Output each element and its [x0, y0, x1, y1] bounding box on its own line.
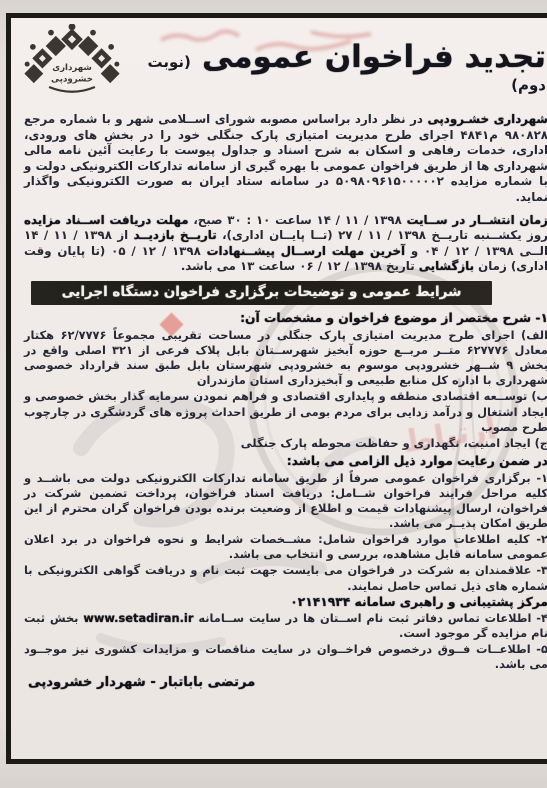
- intro-paragraph: شهرداری خشـرودپی در نظر دارد براساس مصوب…: [24, 112, 547, 206]
- mandatory-note: در ضمن رعایت موارد ذیل الزامی می باشد:: [24, 454, 547, 469]
- conditions-banner: شرایط عمومی و توضیحات برگزاری فراخوان دس…: [31, 281, 492, 305]
- condition-1: ۱- برگزاری فراخوان عمومی صرفاً از طریق س…: [24, 471, 547, 531]
- condition-5: ۵- اطلاعــات فــوق درخصوص فراخــوان در س…: [24, 642, 547, 672]
- section-item-c: ج) ایجاد امنیت، نگهداری و حفاظت محوطه پا…: [24, 436, 547, 451]
- newspaper-scan: { "colors": { "ink": "#14141c", "banner_…: [0, 0, 547, 788]
- page-title: تجدید فراخوان عمومی (نوبت دوم): [120, 39, 547, 94]
- opening-value: تاریخ ۱۳۹۸ / ۱۲ / ۰۶ ساعت ۱۳ می باشد.: [181, 259, 419, 273]
- document-deadline-label: مهلت دریافت اســناد مزایده: [24, 213, 189, 227]
- schedule-paragraph: زمان انتشــار در ســایت ۱۳۹۸ / ۱۱ / ۱۴ س…: [24, 213, 547, 275]
- condition-4-text: ۴- اطلاعات تماس دفاتر ثبت نام اســتان ها…: [193, 611, 547, 625]
- condition-2: ۲- کلیه اطلاعات موارد فراخوان شامل: مشــ…: [24, 532, 547, 562]
- municipality-name: شهرداری خشـرودپی: [427, 112, 547, 126]
- visit-date-label: تاریــخ بازدیــد: [134, 228, 217, 242]
- section-item-b: ب) توســعه اقتصادی منطقه و پایداری اقتصا…: [24, 389, 547, 434]
- municipality-emblem-logo: شهرداری خشرودپی: [24, 24, 120, 108]
- publish-time-label: زمان انتشــار در ســایت: [407, 213, 547, 227]
- ad-header: تجدید فراخوان عمومی (نوبت دوم): [24, 22, 547, 110]
- opening-label: بازگشایی: [419, 259, 474, 273]
- setadiran-url: www.setadiran.ir: [83, 611, 193, 625]
- proposal-deadline-label: آخرین مهلت ارســال پیشــنهادات: [207, 244, 405, 258]
- publish-time-value: ۱۳۹۸ / ۱۱ / ۱۴ ساعت ۱۰ : ۳۰ صبح،: [189, 213, 407, 227]
- mayor-signature: مرتضی باباتبار - شهردار خشرودپی: [28, 675, 547, 690]
- ad-border-frame: ارتباط تجدید فراخوان عمومی (نوبت دوم): [6, 13, 547, 764]
- document-deadline-value: روز یکشــنبه تاریــخ ۱۳۹۸ / ۱۱ / ۲۷ (تــ…: [217, 228, 547, 242]
- emblem-caption-line2: خشرودپی: [51, 74, 93, 84]
- section-heading: ۱- شرح مختصر از موضوع فراخوان و مشخصات آ…: [24, 311, 547, 326]
- section-item-a: الف) اجرای طرح مدیریت امتیازی پارک جنگلی…: [24, 328, 547, 388]
- ad-title: تجدید فراخوان عمومی: [202, 39, 546, 75]
- emblem-caption-line1: شهرداری: [52, 63, 92, 73]
- support-center-line: مرکز پشتیبانی و راهبری سامانه ۰۲۱۴۱۹۳۴: [24, 595, 547, 610]
- condition-3: ۳- علاقمندان به شرکت در فراخوان می بایست…: [24, 563, 547, 593]
- condition-4: ۴- اطلاعات تماس دفاتر ثبت نام اســتان ها…: [24, 611, 547, 641]
